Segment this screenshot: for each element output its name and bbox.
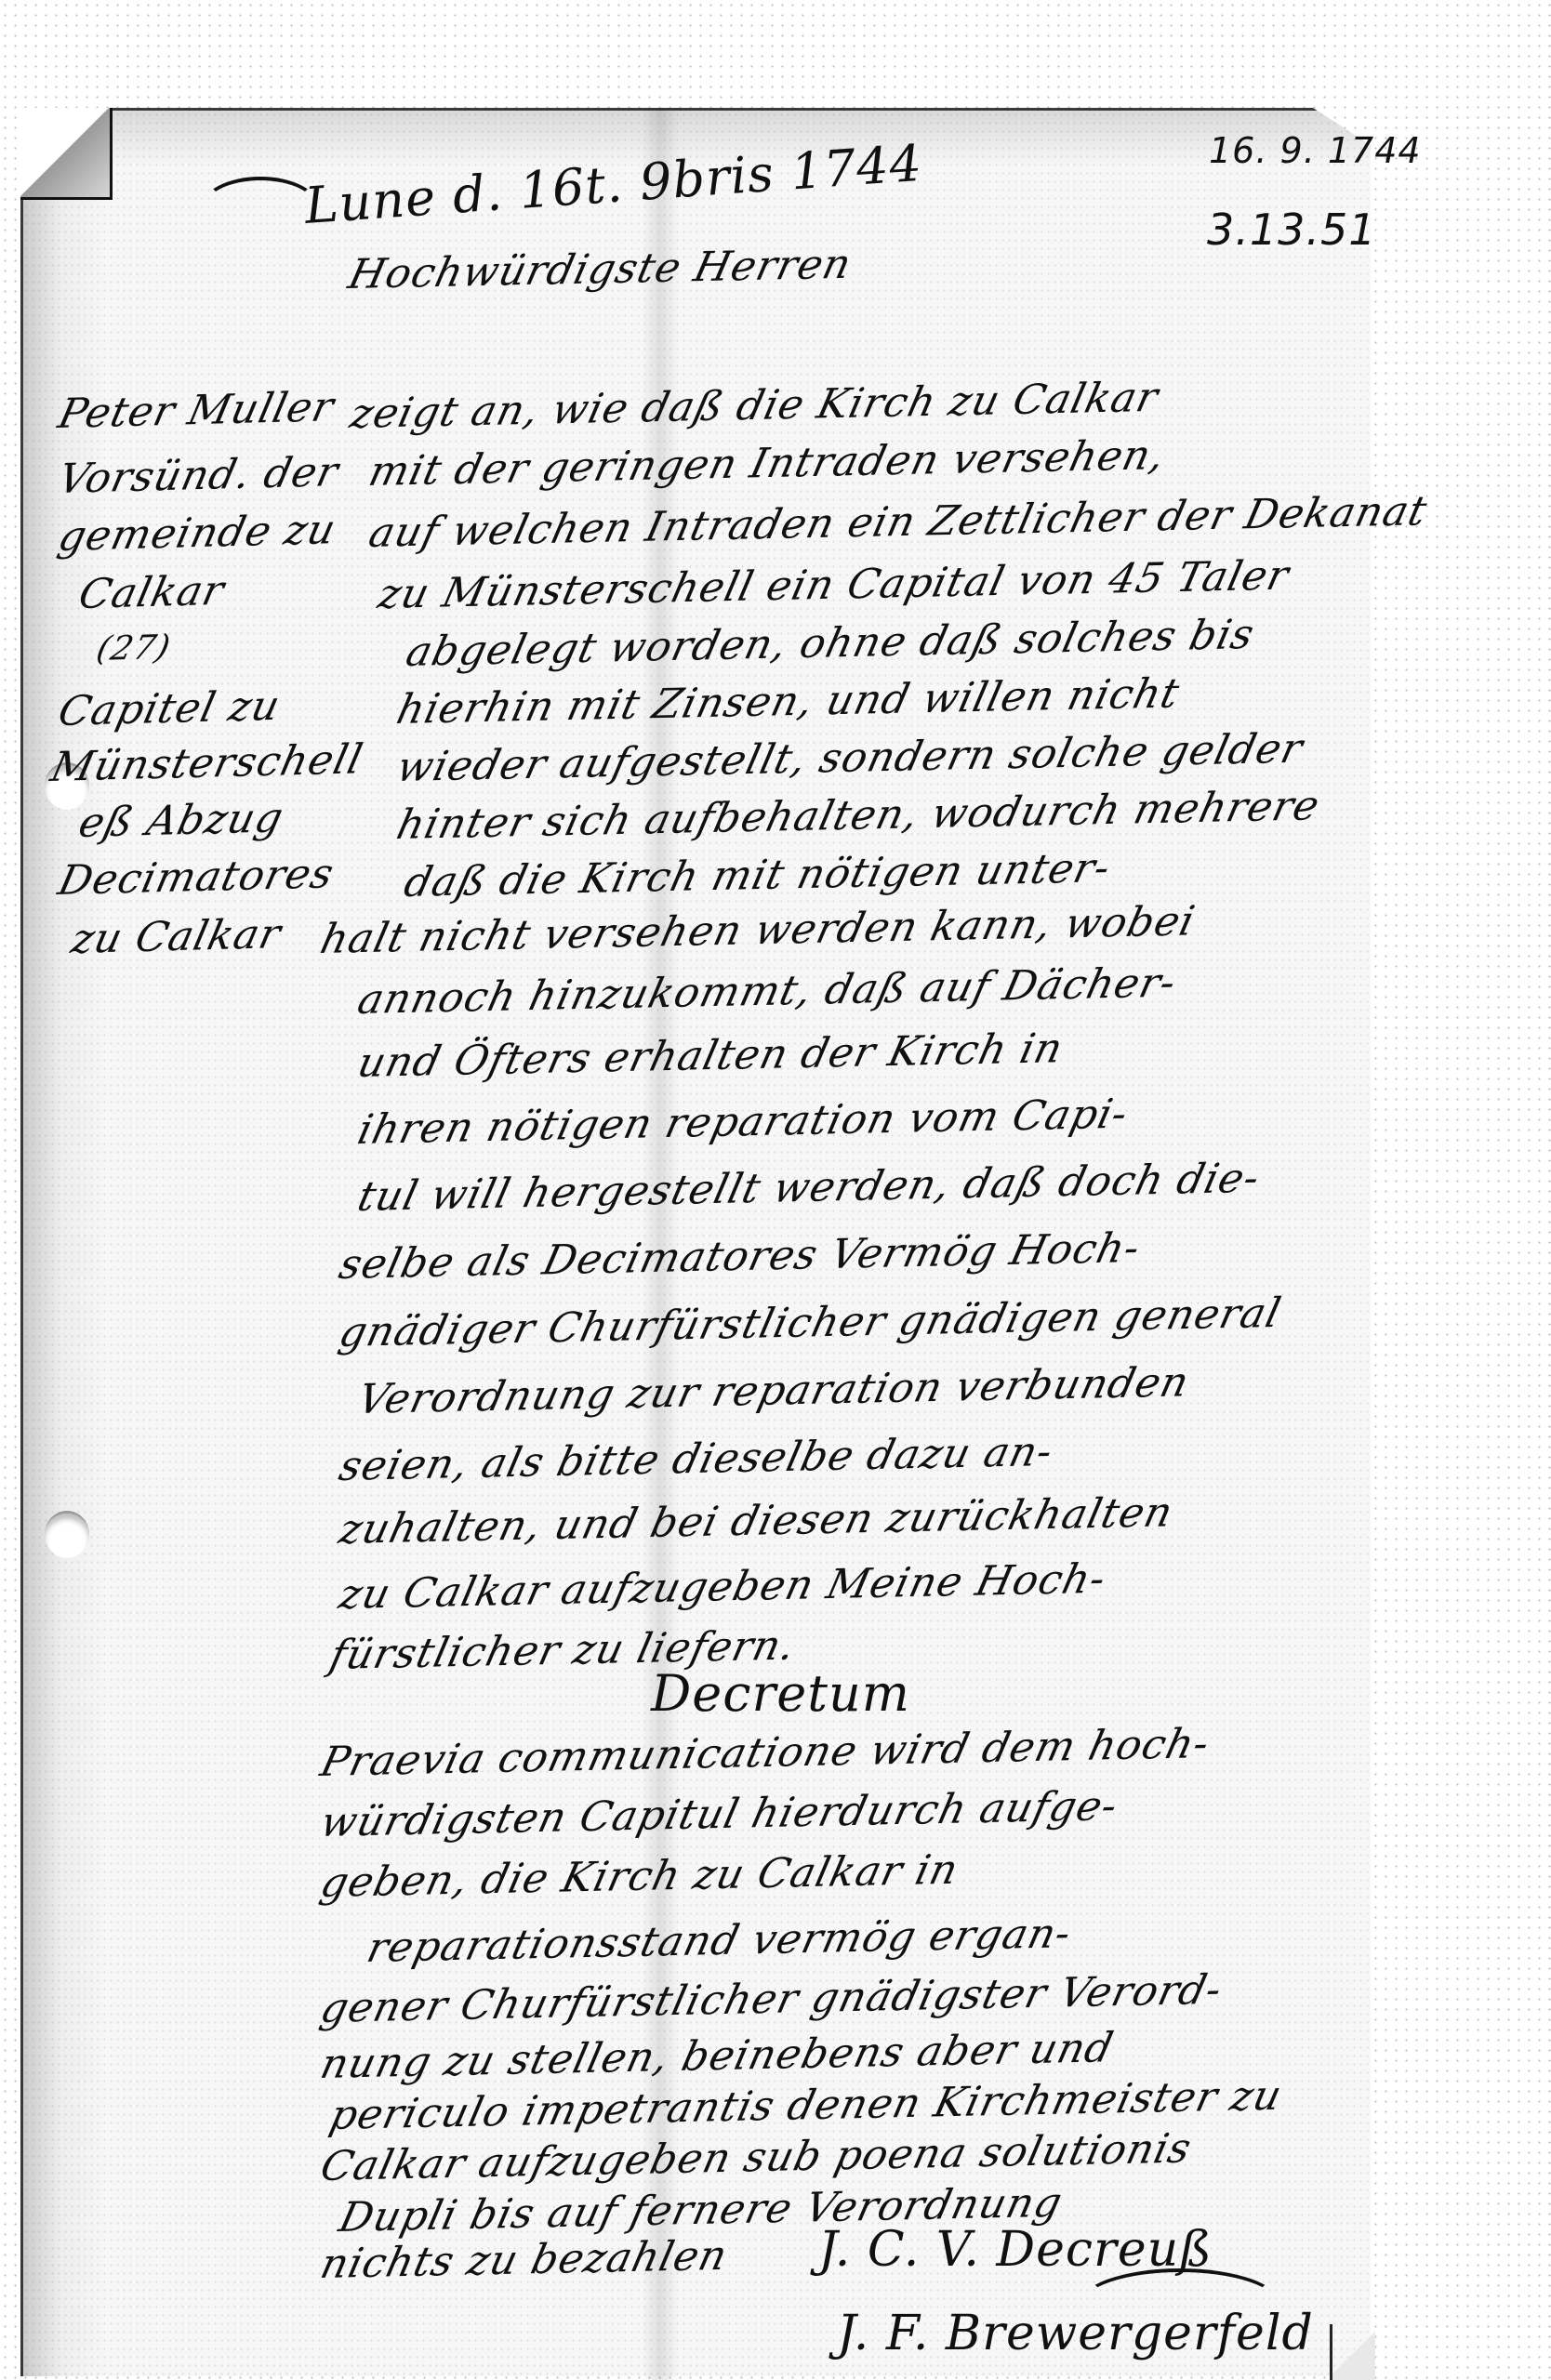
archive-date: 16. 9. 1744 <box>1209 130 1422 171</box>
margin-note: zu Calkar <box>67 910 285 963</box>
margin-note: Decimatores <box>54 850 338 905</box>
archive-signature: 3.13.51 <box>1207 205 1377 255</box>
margin-note: eß Abzug <box>74 794 288 847</box>
punch-hole <box>45 1511 89 1558</box>
margin-note: Capitel zu <box>54 682 285 735</box>
margin-note: Münsterschell <box>46 735 367 791</box>
decree-line: nichts zu bezahlen <box>316 2232 732 2288</box>
margin-note: Peter Muller <box>54 383 338 438</box>
margin-note: Calkar <box>74 567 229 618</box>
margin-note: Vorsünd. der <box>54 448 343 503</box>
decree-heading: Decretum <box>651 1664 910 1723</box>
folded-corner-top-left <box>20 108 113 200</box>
flourish <box>201 177 320 240</box>
folded-corner-bottom-right <box>1330 2324 1375 2380</box>
signature-flourish <box>1079 2268 1281 2341</box>
margin-note: (27) <box>93 628 175 668</box>
margin-note: gemeinde zu <box>54 506 340 561</box>
